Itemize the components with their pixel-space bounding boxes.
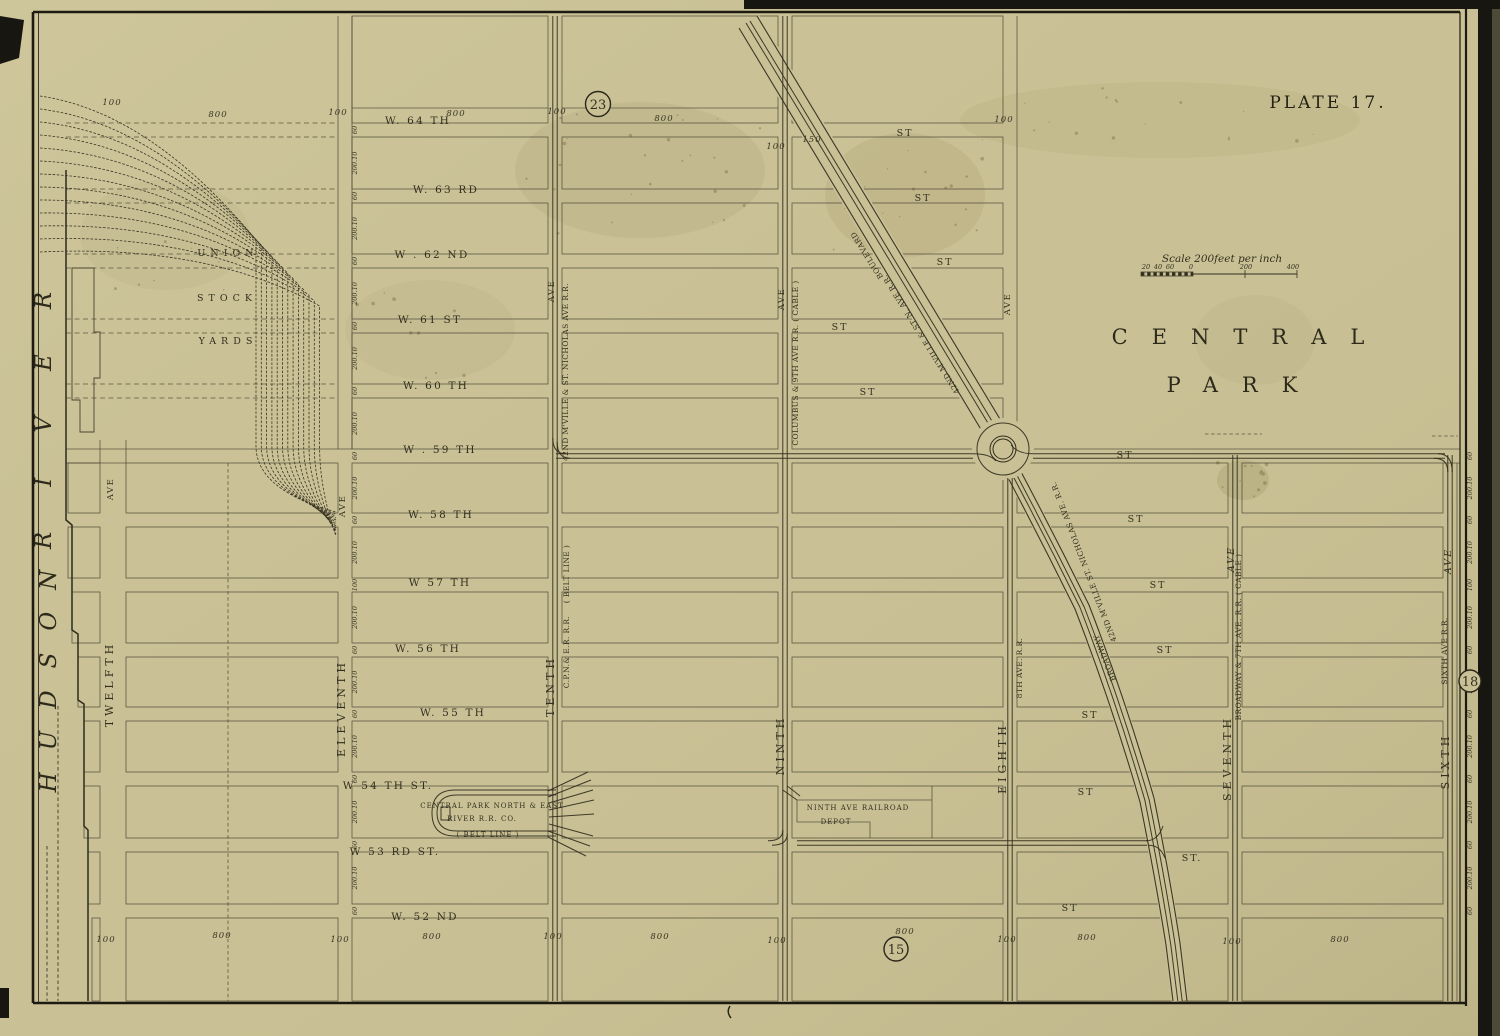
- foxing-dot: [392, 297, 396, 301]
- frontage-number: 800: [212, 931, 231, 941]
- street-label: W . 59 TH: [403, 444, 476, 456]
- street-suffix-label: ST: [1150, 580, 1167, 591]
- foxing-dot: [576, 113, 578, 115]
- street-suffix-label: ST: [1062, 903, 1079, 914]
- dimension-label: 200.10: [351, 477, 359, 501]
- avenue-label-seventh: SEVENTH: [1221, 715, 1234, 801]
- avenue-ave-ninth: AVE: [777, 288, 787, 312]
- plate-marker-23: 23: [586, 92, 611, 117]
- foxing-dot: [1239, 480, 1241, 482]
- dimension-label: 200.10: [1466, 606, 1474, 630]
- foxing-dot: [1263, 481, 1267, 485]
- dimension-label: 200.10: [351, 347, 359, 371]
- stock-yards-label-yards: YARDS: [198, 336, 258, 347]
- frontage-number: 100: [328, 108, 347, 118]
- foxing-dot: [153, 280, 155, 282]
- map-canvas: PLATE 17. CENTRAL PARK RIVER HUDSON UNIO…: [0, 0, 1500, 1036]
- foxing-dot: [383, 292, 385, 294]
- frontage-number: 800: [654, 114, 673, 124]
- dimension-label: 200.10: [351, 606, 359, 630]
- avenue-ave-sixth: AVE: [1443, 548, 1454, 575]
- dimension-label: 60: [1466, 516, 1474, 524]
- foxing-dot: [559, 164, 562, 167]
- foxing-dot: [1251, 465, 1253, 467]
- foxing-dot: [1243, 111, 1244, 112]
- street-suffix-label: ST: [1128, 514, 1145, 525]
- foxing-dot: [553, 188, 555, 190]
- foxing-dot: [882, 213, 883, 214]
- street-label: W. 52 ND: [391, 911, 459, 923]
- foxing-dot: [864, 186, 865, 187]
- dimension-label: 200.10: [351, 217, 359, 241]
- avenue-ave-eighth: AVE: [1003, 293, 1013, 317]
- foxing-dot: [759, 127, 761, 129]
- foxing-dot: [723, 219, 725, 221]
- foxing-dot: [563, 142, 567, 146]
- dimension-label: 60: [351, 322, 359, 330]
- foxing-dot: [631, 194, 633, 196]
- frontage-number: 150: [802, 135, 821, 145]
- scale-tick: 0: [1189, 263, 1193, 271]
- street-label: W. 61 ST: [398, 314, 462, 326]
- avenue-ave-tenth: AVE: [547, 280, 557, 304]
- dimension-label: 200.10: [351, 867, 359, 891]
- stock-yards-label-stock: STOCK: [197, 293, 257, 304]
- foxing-dot: [209, 188, 211, 190]
- foxing-dot: [924, 171, 927, 174]
- foxing-dot: [1033, 129, 1035, 131]
- frontage-number: 100: [330, 935, 349, 945]
- frontage-number: 100: [1222, 937, 1241, 947]
- dimension-label: 200.10: [1466, 801, 1474, 825]
- foxing-dot: [435, 372, 437, 374]
- dimension-label: 60: [351, 452, 359, 460]
- street-label: W. 60 TH: [403, 380, 469, 392]
- dimension-label: 60: [351, 192, 359, 200]
- foxing-dot: [1228, 138, 1230, 140]
- frontage-number: 800: [208, 110, 227, 120]
- railroad-label-broadway-seventh: BROADWAY & 7TH AVE. R.R. ( CABLE ): [1234, 554, 1243, 721]
- foxing-dot: [1257, 488, 1260, 491]
- dimension-label: 200.10: [351, 801, 359, 825]
- dimension-label: 200.10: [351, 735, 359, 759]
- street-label: W. 56 TH: [395, 643, 461, 655]
- street-label: W 57 TH: [409, 577, 471, 589]
- avenue-label-eleventh: ELEVENTH: [335, 659, 348, 757]
- foxing-dot: [717, 118, 718, 119]
- foxing-dot: [1179, 101, 1182, 104]
- frontage-number: 800: [895, 927, 914, 937]
- street-suffix-label: ST: [1117, 450, 1134, 461]
- street-suffix-label: ST: [1157, 645, 1174, 656]
- street-label: W 53 RD ST.: [350, 846, 441, 858]
- hudson-river-label-river: RIVER: [31, 247, 57, 550]
- foxing-dot: [1313, 134, 1314, 135]
- dimension-label: 60: [351, 387, 359, 395]
- foxing-dot: [1049, 121, 1051, 123]
- scale-title: Scale 200feet per inch: [1162, 253, 1282, 265]
- railroad-label-eighth-ave-rr: 8TH AVE. R.R.: [1015, 638, 1024, 699]
- railroad-label-tenth-42nd: 42ND M'VILLE & ST. NICHOLAS AVE R.R.: [561, 283, 570, 461]
- belt-line-label-3: ( BELT LINE ): [457, 831, 520, 839]
- street-suffix-label: ST: [915, 193, 932, 204]
- dimension-label: 60: [1466, 710, 1474, 718]
- dimension-label: 200.10: [1466, 477, 1474, 501]
- foxing-dot: [649, 183, 652, 186]
- frontage-number: 100: [767, 936, 786, 946]
- frontage-number: 800: [446, 109, 465, 119]
- avenue-label-eighth: EIGHTH: [996, 722, 1009, 794]
- foxing-dot: [611, 221, 613, 223]
- foxing-dot: [425, 377, 427, 379]
- foxing-dot: [1024, 103, 1025, 104]
- foxing-dot: [833, 249, 835, 251]
- foxing-dot: [690, 155, 692, 157]
- foxing-dot: [114, 287, 117, 290]
- avenue-label-sixth: SIXTH: [1439, 733, 1452, 790]
- foxing-dot: [138, 283, 140, 285]
- hudson-river-label-hudson: HUDSON: [36, 548, 62, 794]
- dimension-label: 60: [351, 710, 359, 718]
- belt-line-label-2: RIVER R.R. CO.: [447, 815, 517, 823]
- foxing-dot: [725, 170, 728, 173]
- frontage-number: 100: [547, 107, 566, 117]
- central-park-label-line2: PARK: [1167, 373, 1322, 397]
- depot-label-1: NINTH AVE RAILROAD: [807, 804, 910, 812]
- foxing-dot: [559, 117, 562, 120]
- dimension-label: 200.10: [1466, 541, 1474, 565]
- dimension-label: 60: [351, 516, 359, 524]
- columbus-circle: [972, 418, 1034, 480]
- dimension-label: 100: [351, 579, 359, 591]
- foxing-dot: [982, 139, 983, 140]
- foxing-dot: [1106, 96, 1108, 98]
- scale-tick: 20: [1141, 263, 1150, 271]
- plate-title: PLATE 17.: [1269, 93, 1386, 113]
- frontage-number: 100: [994, 115, 1013, 125]
- dimension-label: 60: [351, 775, 359, 783]
- scale-tick: 40: [1153, 263, 1162, 271]
- frontage-number: 100: [96, 935, 115, 945]
- foxing-dot: [950, 184, 953, 187]
- foxing-dot: [1116, 101, 1118, 103]
- foxing-dot: [462, 374, 465, 377]
- foxing-dot: [887, 168, 888, 169]
- foxing-dot: [681, 160, 683, 162]
- street-suffix-label: ST: [897, 128, 914, 139]
- street-label: W. 58 TH: [408, 509, 474, 521]
- foxing-dot: [1075, 132, 1078, 135]
- foxing-dot: [117, 247, 119, 249]
- plate-marker-15-label: 15: [888, 943, 905, 958]
- foxing-dot: [371, 302, 375, 306]
- foxing-dot: [713, 189, 716, 192]
- dimension-label: 60: [1466, 841, 1474, 849]
- foxing-dot: [743, 204, 746, 207]
- dimension-label: 60: [1466, 646, 1474, 654]
- paper-background: [0, 0, 1500, 1036]
- foxing-dot: [90, 205, 92, 207]
- dimension-label: 60: [351, 841, 359, 849]
- foxing-dot: [218, 261, 219, 262]
- frontage-number: 100: [543, 932, 562, 942]
- foxing-dot: [713, 157, 715, 159]
- foxing-dot: [191, 248, 192, 249]
- frontage-number: 100: [997, 935, 1016, 945]
- avenue-label-twelfth: TWELFTH: [103, 641, 116, 728]
- dimension-label: 60: [1466, 452, 1474, 460]
- central-park-label-line1: CENTRAL: [1112, 325, 1389, 349]
- foxing-dot: [955, 224, 957, 226]
- railroad-label-cpne: C.P.N.& E.R. R.R.: [562, 616, 571, 688]
- frontage-number: 800: [650, 932, 669, 942]
- railroad-label-columbus: COLUMBUS & 9TH AVE R.R. ( CABLE ): [791, 280, 800, 445]
- dimension-label: 60: [351, 126, 359, 134]
- street-label: W. 63 RD: [413, 184, 479, 196]
- frontage-number: 800: [1330, 935, 1349, 945]
- dimension-label: 60: [351, 646, 359, 654]
- foxing-dot: [677, 114, 679, 116]
- foxing-dot: [1222, 486, 1224, 488]
- frontage-number: 800: [422, 932, 441, 942]
- frontage-number: 100: [102, 98, 121, 108]
- foxing-dot: [682, 119, 684, 121]
- street-suffix-label: ST: [1078, 787, 1095, 798]
- foxing-dot: [453, 309, 456, 312]
- street-suffix-label: ST: [832, 322, 849, 333]
- frontage-number: 800: [1077, 933, 1096, 943]
- foxing-dot: [1112, 136, 1115, 139]
- dimension-label: 60: [351, 907, 359, 915]
- street-label: W. 64 TH: [385, 115, 451, 127]
- avenue-label-ninth: NINTH: [774, 715, 787, 776]
- foxing-dot: [667, 138, 671, 142]
- street-suffix-label: ST: [937, 257, 954, 268]
- foxing-dot: [1101, 87, 1104, 90]
- avenue-label-tenth: TENTH: [544, 655, 557, 717]
- belt-line-label-1: CENTRAL PARK NORTH & EAST: [420, 802, 563, 810]
- foxing-dot: [1260, 470, 1263, 473]
- depot-label-2: DEPOT: [821, 818, 852, 826]
- street-label: W . 62 ND: [395, 249, 470, 261]
- dimension-label: 200.10: [1466, 867, 1474, 891]
- dimension-label: 200.10: [351, 671, 359, 695]
- foxing-dot: [965, 175, 967, 177]
- foxing-dot: [907, 150, 908, 151]
- foxing-dot: [712, 222, 713, 223]
- railroad-label-sixth-ave-rr: SIXTH AVE R.R.: [1440, 617, 1449, 684]
- plate-marker-18: 18: [1459, 670, 1481, 692]
- dimension-label: 200.10: [351, 152, 359, 176]
- foxing-dot: [899, 216, 901, 218]
- railroad-label-beltline: ( BELT LINE ): [562, 545, 571, 604]
- foxing-dot: [980, 157, 984, 161]
- foxing-dot: [1295, 139, 1299, 143]
- stock-yards-label-union: UNION: [197, 248, 258, 259]
- avenue-ave-twelfth: AVE: [106, 478, 116, 502]
- atlas-plate-page: PLATE 17. CENTRAL PARK RIVER HUDSON UNIO…: [0, 0, 1500, 1036]
- dimension-label: 200.10: [351, 282, 359, 306]
- foxing-dot: [1253, 495, 1255, 497]
- street-suffix-label: ST.: [1182, 853, 1202, 864]
- scale-tick: 200: [1239, 263, 1252, 271]
- foxing-dot: [1145, 124, 1146, 125]
- dimension-label: 100: [1466, 579, 1474, 591]
- dimension-label: 60: [351, 257, 359, 265]
- plate-marker-23-label: 23: [590, 98, 607, 113]
- avenue-ave-eleventh: AVE: [338, 495, 348, 519]
- dimension-label: 60: [1466, 907, 1474, 915]
- scale-tick: 400: [1286, 263, 1299, 271]
- dimension-label: 60: [1466, 775, 1474, 783]
- plate-marker-18-label: 18: [1462, 675, 1479, 690]
- foxing-dot: [975, 229, 977, 231]
- foxing-dot: [965, 208, 967, 210]
- dimension-label: 200.10: [351, 412, 359, 436]
- street-suffix-label: ST: [1082, 710, 1099, 721]
- plate-marker-15: 15: [884, 937, 908, 961]
- foxing-dot: [644, 154, 646, 156]
- foxing-dot: [164, 240, 167, 243]
- street-suffix-label: ST: [860, 387, 877, 398]
- dimension-label: 200.10: [351, 541, 359, 565]
- frontage-number: 100: [766, 142, 785, 152]
- foxing-dot: [223, 289, 225, 291]
- foxing-dot: [567, 138, 568, 139]
- dimension-label: 200.10: [1466, 735, 1474, 759]
- foxing-dot: [525, 178, 527, 180]
- street-label: W. 55 TH: [420, 707, 486, 719]
- scale-tick: 60: [1166, 263, 1174, 271]
- foxing-dot: [1244, 465, 1247, 468]
- foxing-dot: [629, 134, 632, 137]
